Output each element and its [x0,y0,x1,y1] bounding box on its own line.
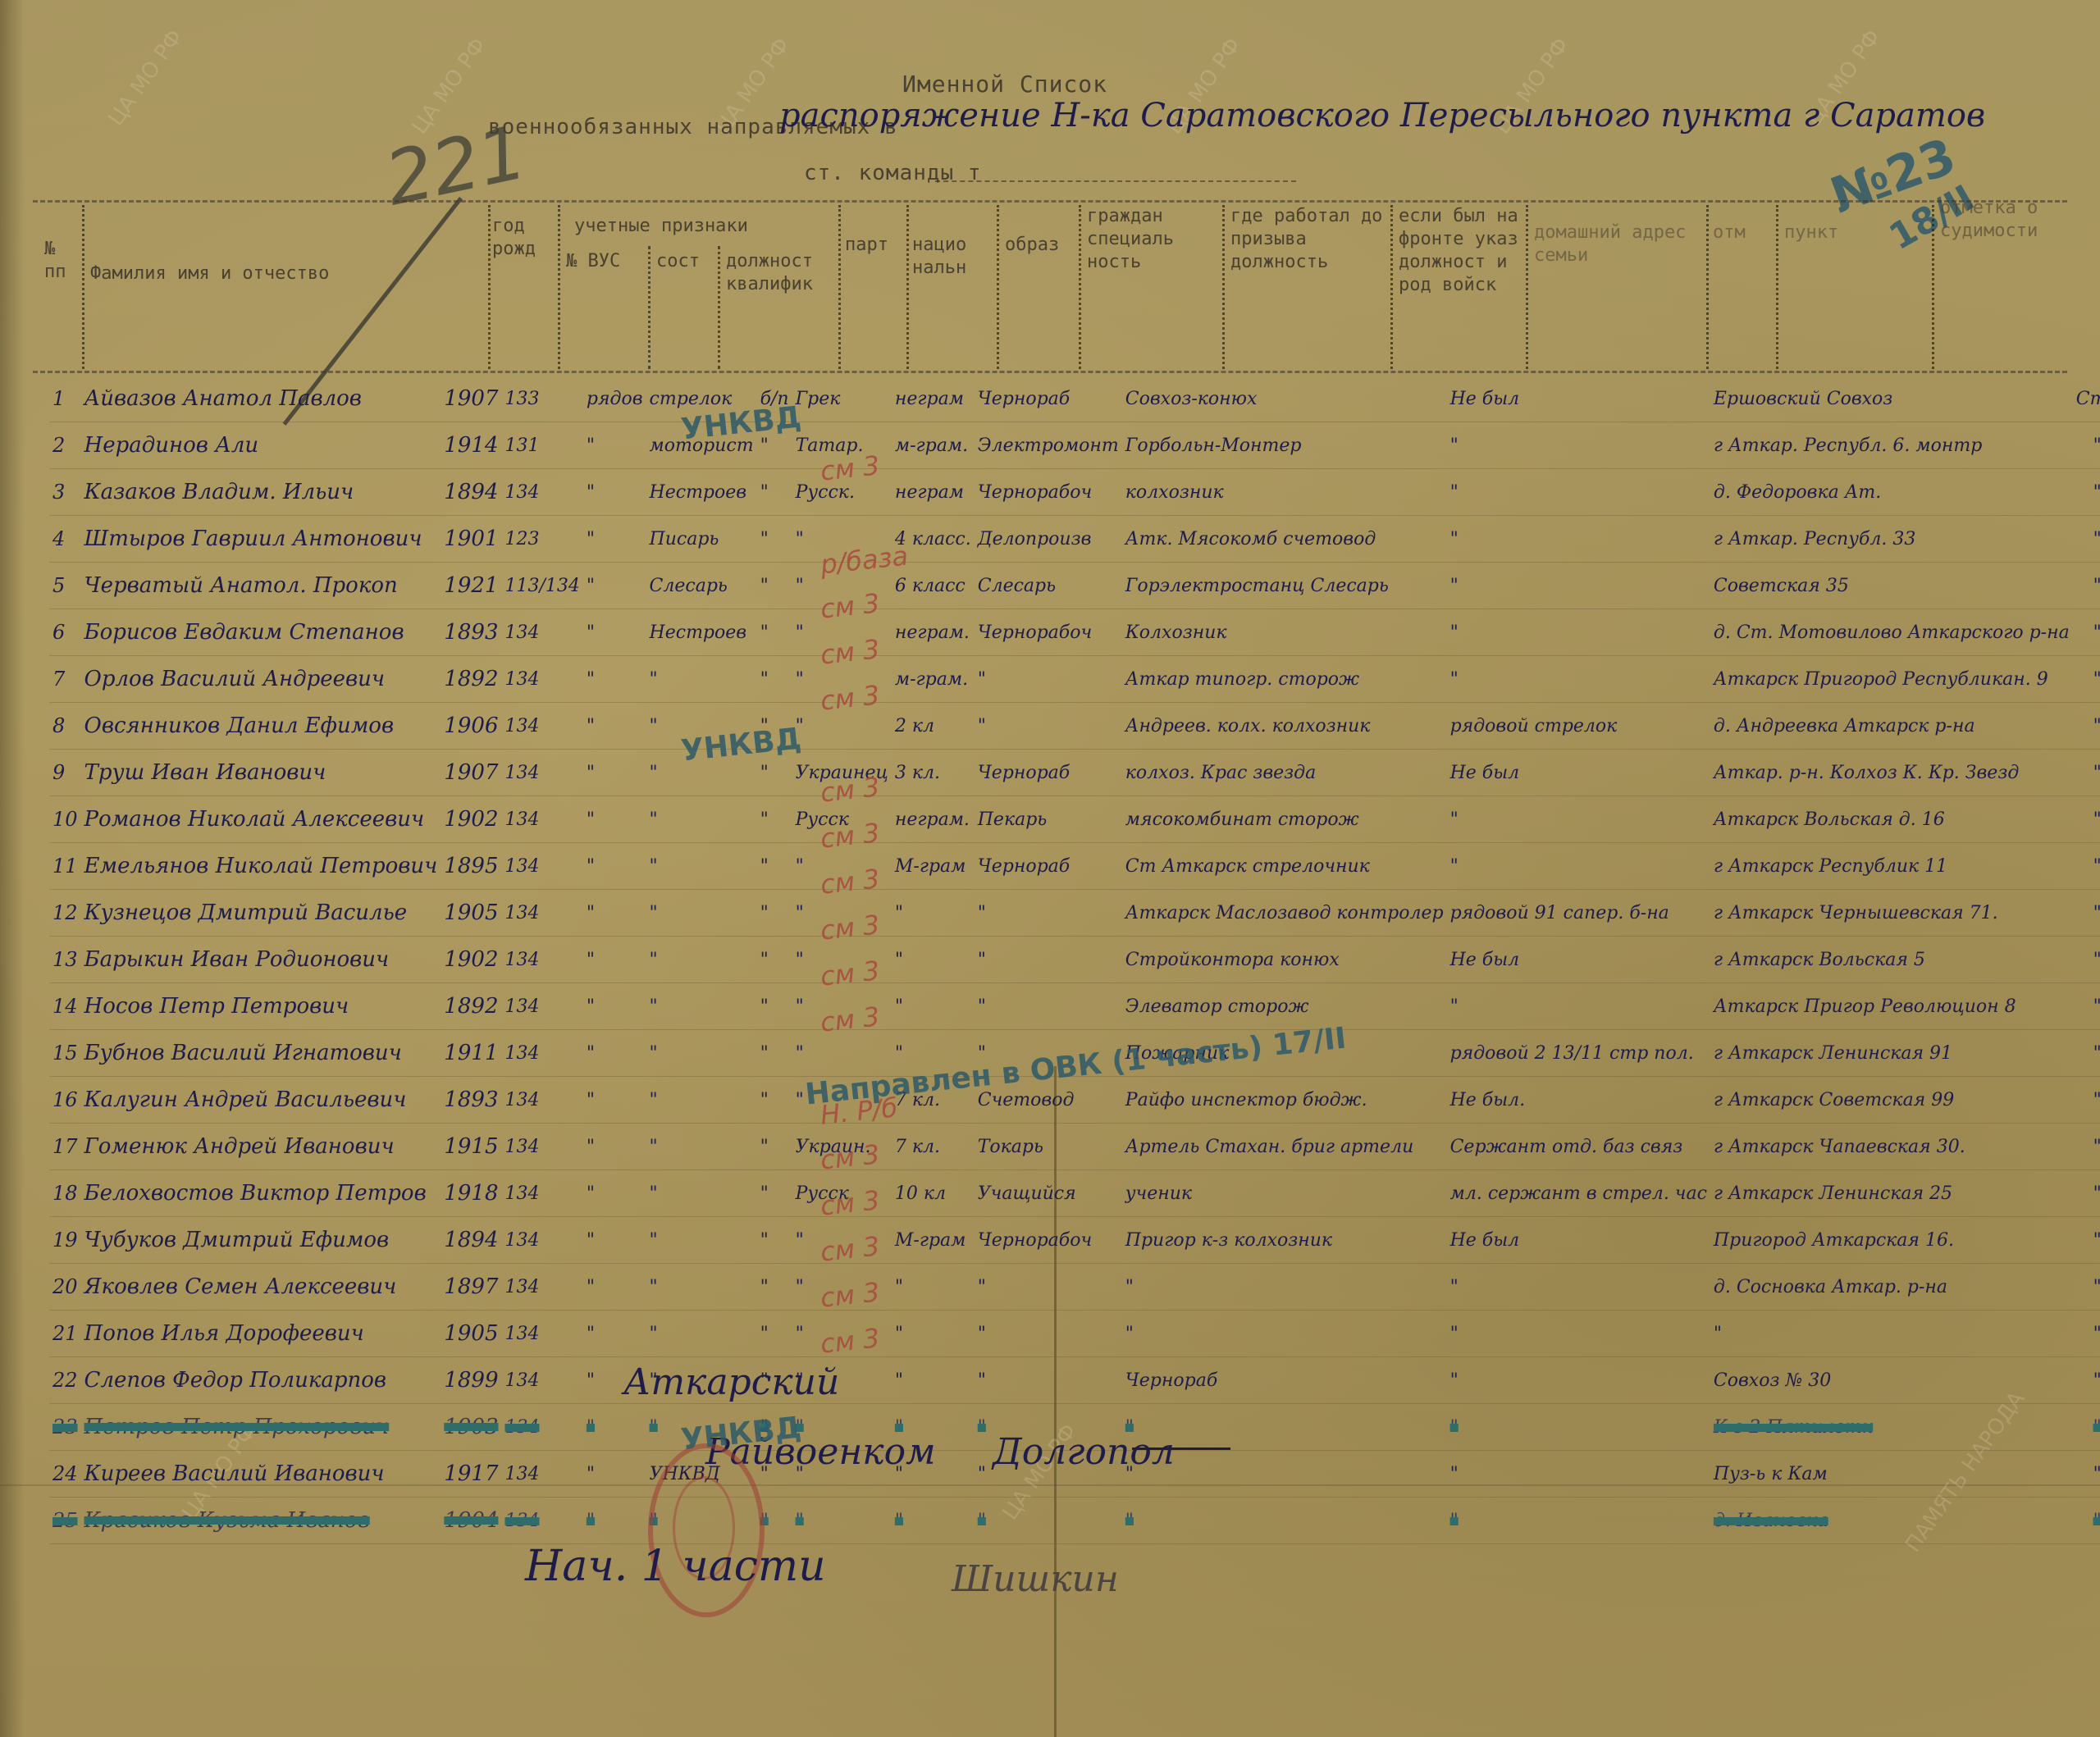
row-position: Нестроев [646,469,757,516]
row-front: " [1447,796,1710,843]
row-education: неграм. [892,609,975,656]
table-row: 13Барыкин Иван Родионович1902134""""""Ст… [49,937,2100,983]
header-vus: № ВУС [566,250,620,273]
row-address: г Аткар. Республ. 33 [1710,516,2073,563]
row-work: Пригор к-з колхозник [1122,1217,1447,1264]
row-vus: 133 [501,376,582,422]
row-work: Горбольн-Монтер [1122,422,1447,469]
row-specialty: " [975,703,1122,750]
row-name: Носов Петр Петрович [81,983,441,1030]
row-sost: " [583,937,646,983]
header-col-divider [558,205,560,369]
header-col-divider [1932,205,1934,369]
row-birth-year: 1905 [441,890,501,937]
row-vus: 134 [501,1170,582,1217]
row-number: 12 [49,890,81,937]
row-work: Ст Аткарск стрелочник [1122,843,1447,890]
row-number: 21 [49,1311,81,1357]
conscript-list-table: 1Айвазов Анатол Павлов1907133рядовстрело… [49,376,2100,1544]
table-row: 10Романов Николай Алексеевич1902134"""Ру… [49,796,2100,843]
row-birth-year: 1921 [441,563,501,609]
row-work: колхозник [1122,469,1447,516]
row-specialty: " [975,656,1122,703]
header-rule-bottom [33,371,2067,373]
row-birth-year: 1897 [441,1264,501,1311]
row-birth-year: 1893 [441,1077,501,1124]
row-education: " [892,1498,975,1544]
row-sost: " [583,1311,646,1357]
header-col-divider [1706,205,1709,369]
header-party: парт [845,234,888,257]
row-number: 20 [49,1264,81,1311]
row-name: Попов Илья Дорофеевич [81,1311,441,1357]
row-dup: " [2073,1077,2100,1124]
row-vus: 134 [501,843,582,890]
row-party: " [757,983,792,1030]
row-front: " [1447,1404,1710,1451]
row-birth-year: 1901 [441,516,501,563]
row-front: Не был [1447,750,1710,796]
row-name: Штыров Гавриил Антонович [81,516,441,563]
chief-title: Нач. 1 части [525,1542,826,1591]
row-dup: " [2073,1217,2100,1264]
row-work: " [1122,1498,1447,1544]
office-name: Аткарский [623,1361,839,1403]
row-education: " [892,1264,975,1311]
row-front: " [1447,609,1710,656]
row-birth-year: 1895 [441,843,501,890]
table-row: 20Яковлев Семен Алексеевич1897134"""""""… [49,1264,2100,1311]
row-position: " [646,796,757,843]
row-name: Киреев Василий Иванович [81,1451,441,1498]
row-number: 19 [49,1217,81,1264]
table-row: 18Белохвостов Виктор Петров1918134"""Рус… [49,1170,2100,1217]
row-dup: " [2073,983,2100,1030]
table-row: 9Труш Иван Иванович1907134"""Украинец3 к… [49,750,2100,796]
row-vus: 123 [501,516,582,563]
table-row: 2Нерадинов Али1914131"моторист"Татар.м-г… [49,422,2100,469]
header-court: отметка о судимости [1940,197,2063,243]
row-name: Яковлев Семен Алексеевич [81,1264,441,1311]
row-front: мл. сержант в стрел. час [1447,1170,1710,1217]
row-address: д. Федоровка Ат. [1710,469,2073,516]
row-work: колхоз. Крас звезда [1122,750,1447,796]
header-col-divider [997,205,999,369]
row-vus: 113/134 [501,563,582,609]
row-name: Бубнов Василий Игнатович [81,1030,441,1077]
row-birth-year: 1915 [441,1124,501,1170]
row-dup: " [2073,656,2100,703]
row-work: Колхозник [1122,609,1447,656]
row-address: Пригород Аткарская 16. [1710,1217,2073,1264]
row-dup: Стр [2073,376,2100,422]
header-nationality: нацио нальн [912,234,994,280]
row-address: " [1710,1311,2073,1357]
row-number: 3 [49,469,81,516]
row-address: г Аткарск Республик 11 [1710,843,2073,890]
row-party: " [757,796,792,843]
header-education: образ [1005,234,1059,257]
row-name: Чубуков Дмитрий Ефимов [81,1217,441,1264]
row-name: Казаков Владим. Ильич [81,469,441,516]
row-dup: " [2073,422,2100,469]
red-pencil-annotation: см 3 [819,1184,881,1221]
row-name: Борисов Евдаким Степанов [81,609,441,656]
row-front: " [1447,656,1710,703]
row-specialty: Учащийся [975,1170,1122,1217]
header-rule-top [33,200,2067,203]
row-work: Чернораб [1122,1357,1447,1404]
row-name: Кузнецов Дмитрий Василье [81,890,441,937]
row-sost: " [583,1124,646,1170]
row-name: Барыкин Иван Родионович [81,937,441,983]
row-work: Андреев. колх. колхозник [1122,703,1447,750]
row-sost: " [583,563,646,609]
row-vus: 134 [501,937,582,983]
row-front: Не был [1447,376,1710,422]
row-education: неграм [892,376,975,422]
row-work: Артель Стахан. бриг артели [1122,1124,1447,1170]
row-number: 15 [49,1030,81,1077]
row-position: " [646,656,757,703]
row-dup: " [2073,1264,2100,1311]
row-number: 14 [49,983,81,1030]
row-address: г Аткарск Ленинская 91 [1710,1030,2073,1077]
row-sost: " [583,1498,646,1544]
row-sost: " [583,1451,646,1498]
row-party: " [757,469,792,516]
row-work: Элеватор сторож [1122,983,1447,1030]
row-sost: " [583,1170,646,1217]
row-dup: " [2073,1451,2100,1498]
header-sost: сост [656,250,700,273]
row-party: " [757,1217,792,1264]
row-front: рядовой стрелок [1447,703,1710,750]
row-vus: 134 [501,1124,582,1170]
signatory-signature: Долгопол [993,1431,1175,1473]
red-pencil-annotation: см 3 [819,817,881,854]
red-pencil-annotation: см 3 [819,955,881,992]
row-sost: " [583,1030,646,1077]
table-row: 8Овсянников Данил Ефимов1906134""""2 кл"… [49,703,2100,750]
row-position: " [646,843,757,890]
row-sost: " [583,609,646,656]
header-col-divider [1079,205,1081,369]
row-number: 11 [49,843,81,890]
row-position: " [646,1311,757,1357]
row-birth-year: 1905 [441,1311,501,1357]
row-vus: 134 [501,1498,582,1544]
row-party: " [757,937,792,983]
row-sost: " [583,1217,646,1264]
row-address: К-з 2 Пятилетк [1710,1404,2073,1451]
watermark: ЦА МО РФ [104,25,188,130]
table-row: 11Емельянов Николай Петрович1895134""""М… [49,843,2100,890]
row-education: " [892,1311,975,1357]
row-birth-year: 1894 [441,1217,501,1264]
row-name: Труш Иван Иванович [81,750,441,796]
red-pencil-annotation: см 3 [819,1276,881,1313]
table-row: 12Кузнецов Дмитрий Василье1905134""""""А… [49,890,2100,937]
row-front: Не был [1447,937,1710,983]
row-birth-year: 1907 [441,376,501,422]
row-front: " [1447,983,1710,1030]
row-party: " [757,1124,792,1170]
row-work: Атк. Мясокомб счетовод [1122,516,1447,563]
row-sost: " [583,656,646,703]
row-position: " [646,890,757,937]
row-vus: 134 [501,469,582,516]
header-col-divider [648,246,651,369]
row-vus: 134 [501,1404,582,1451]
row-position: " [646,1264,757,1311]
team-line-blank [935,180,1296,182]
row-birth-year: 1899 [441,1357,501,1404]
row-front: рядовой 91 сапер. б-на [1447,890,1710,937]
row-party: " [757,843,792,890]
row-dup: " [2073,843,2100,890]
row-education: М-грам [892,843,975,890]
row-number: 16 [49,1077,81,1124]
row-sost: " [583,703,646,750]
red-pencil-annotation: см 3 [819,863,881,900]
row-front: Не был [1447,1217,1710,1264]
row-vus: 134 [501,890,582,937]
row-dup: " [2073,1357,2100,1404]
row-dup: " [2073,937,2100,983]
row-specialty: Чернорабоч [975,469,1122,516]
row-name: Черватый Анатол. Прокоп [81,563,441,609]
row-work: Совхоз-конюх [1122,376,1447,422]
row-specialty: " [975,1357,1122,1404]
row-front: " [1447,563,1710,609]
row-party: " [757,563,792,609]
row-dup: " [2073,1498,2100,1544]
header-col-divider [1390,205,1393,369]
row-dup: " [2073,750,2100,796]
row-number: 2 [49,422,81,469]
row-address: г Аткарск Чернышевская 71. [1710,890,2073,937]
row-dup: " [2073,563,2100,609]
row-number: 8 [49,703,81,750]
row-name: Слепов Федор Поликарпов [81,1357,441,1404]
row-number: 7 [49,656,81,703]
row-party: " [757,1311,792,1357]
row-party: " [757,1170,792,1217]
row-vus: 134 [501,656,582,703]
table-row: 21Попов Илья Дорофеевич1905134""""""""""… [49,1311,2100,1357]
row-specialty: Чернорабоч [975,609,1122,656]
row-party: " [757,656,792,703]
row-vus: 134 [501,1264,582,1311]
row-birth-year: 1911 [441,1030,501,1077]
row-sost: рядов [583,376,646,422]
row-nationality: " [792,1498,892,1544]
row-education: " [892,937,975,983]
red-pencil-annotation: см 3 [819,909,881,946]
row-education: 7 кл. [892,1124,975,1170]
signature-flourish [1132,1447,1230,1450]
table-row: 14Носов Петр Петрович1892134""""""Элеват… [49,983,2100,1030]
row-number: 9 [49,750,81,796]
row-vus: 131 [501,422,582,469]
row-name: Емельянов Николай Петрович [81,843,441,890]
row-birth-year: 1894 [441,469,501,516]
row-work: ученик [1122,1170,1447,1217]
row-specialty: Чернораб [975,750,1122,796]
header-no: № пп [44,238,77,284]
row-address: г Аткарск Чапаевская 30. [1710,1124,2073,1170]
row-sost: " [583,1077,646,1124]
row-position: " [646,983,757,1030]
row-vus: 134 [501,1077,582,1124]
red-pencil-annotation: см 3 [819,1230,881,1267]
row-name: Красиков Кузьма Иванов [81,1498,441,1544]
row-dup: " [2073,796,2100,843]
row-birth-year: 1903 [441,1404,501,1451]
red-pencil-annotation: см 3 [819,1322,881,1359]
row-number: 13 [49,937,81,983]
row-sost: " [583,422,646,469]
red-pencil-annotation: см 3 [819,587,881,624]
row-dup: " [2073,703,2100,750]
header-front: если был на фронте указ должност и род в… [1399,205,1522,297]
row-position: Писарь [646,516,757,563]
row-vus: 134 [501,796,582,843]
row-specialty: Чернорабоч [975,1217,1122,1264]
row-birth-year: 1918 [441,1170,501,1217]
row-front: рядовой 2 13/11 стр пол. [1447,1030,1710,1077]
paper-edge [0,0,25,1737]
row-specialty: Токарь [975,1124,1122,1170]
row-position: " [646,1030,757,1077]
row-education: 3 кл. [892,750,975,796]
row-specialty: Чернораб [975,843,1122,890]
row-position: " [646,1077,757,1124]
row-dup: " [2073,516,2100,563]
row-vus: 134 [501,1030,582,1077]
row-birth-year: 1893 [441,609,501,656]
row-dup: " [2073,609,2100,656]
row-dup: " [2073,1170,2100,1217]
row-number: 22 [49,1357,81,1404]
row-sost: " [583,983,646,1030]
row-position: Нестроев [646,609,757,656]
row-work: " [1122,1264,1447,1311]
header-year: год рожд [492,215,554,261]
row-name: Гоменюк Андрей Иванович [81,1124,441,1170]
header-col-divider [1526,205,1528,369]
row-address: Аткарск Пригород Республикан. 9 [1710,656,2073,703]
row-education: " [892,1357,975,1404]
row-name: Нерадинов Али [81,422,441,469]
row-number: 6 [49,609,81,656]
row-front: Сержант отд. баз связ [1447,1124,1710,1170]
row-name: Петров Петр Прохорович [81,1404,441,1451]
row-front: " [1447,1498,1710,1544]
header-work-before: где работал до призыва должность [1230,205,1386,274]
row-birth-year: 1902 [441,796,501,843]
table-row: 7Орлов Василий Андреевич1892134""""м-гра… [49,656,2100,703]
row-work: Стройконтора конюх [1122,937,1447,983]
row-party: " [757,1030,792,1077]
red-pencil-annotation: см 3 [819,449,881,486]
row-address: д. Андреевка Аткарск р-на [1710,703,2073,750]
row-address: Совхоз № 30 [1710,1357,2073,1404]
table-row: 3Казаков Владим. Ильич1894134"Нестроев"Р… [49,469,2100,516]
header-col-divider [906,205,909,369]
header-col-divider [838,205,841,369]
row-work: мясокомбинат сторож [1122,796,1447,843]
table-row: 25Красиков Кузьма Иванов1904134""""""""д… [49,1498,2100,1544]
row-number: 10 [49,796,81,843]
row-work: Горэлектростанц Слесарь [1122,563,1447,609]
row-nationality: " [792,1030,892,1077]
header-col-divider [718,246,720,369]
red-pencil-annotation: см 3 [819,633,881,670]
table-row: 4Штыров Гавриил Антонович1901123"Писарь"… [49,516,2100,563]
row-education: неграм. [892,796,975,843]
row-work: Аткарск Маслозавод контролер [1122,890,1447,937]
row-address: г Аткар. Республ. 6. монтр [1710,422,2073,469]
row-work: Райфо инспектор бюдж. [1122,1077,1447,1124]
row-party: " [757,609,792,656]
row-education: " [892,890,975,937]
row-specialty: " [975,983,1122,1030]
header-civil-specialty: граждан специаль ность [1087,205,1218,274]
row-vus: 134 [501,750,582,796]
row-name: Овсянников Данил Ефимов [81,703,441,750]
row-address: д. Ивановка [1710,1498,2073,1544]
row-vus: 134 [501,1451,582,1498]
row-nationality: Грек [792,376,892,422]
row-position: Слесарь [646,563,757,609]
row-birth-year: 1906 [441,703,501,750]
row-dup: " [2073,1124,2100,1170]
row-name: Белохвостов Виктор Петров [81,1170,441,1217]
row-work: Аткар типогр. сторож [1122,656,1447,703]
row-party: " [757,1264,792,1311]
row-name: Романов Николай Алексеевич [81,796,441,843]
table-row: 19Чубуков Дмитрий Ефимов1894134""""М-гра… [49,1217,2100,1264]
row-education: 2 кл [892,703,975,750]
row-front: " [1447,1264,1710,1311]
row-number: 25 [49,1498,81,1544]
subtitle-handwritten: распоряжение Н-ка Саратовского Пересыльн… [779,97,1985,134]
row-education: 10 кл [892,1170,975,1217]
row-party: " [757,890,792,937]
row-sost: " [583,796,646,843]
row-sost: " [583,750,646,796]
row-number: 18 [49,1170,81,1217]
row-dup: " [2073,469,2100,516]
row-specialty: Электромонт [975,422,1122,469]
row-front: " [1447,516,1710,563]
row-birth-year: 1902 [441,937,501,983]
table-row: 5Черватый Анатол. Прокоп1921113/134"Слес… [49,563,2100,609]
header-name: Фамилия имя и отчество [90,262,329,285]
row-specialty: Чернораб [975,376,1122,422]
row-specialty: " [975,1264,1122,1311]
header-position: должност квалифик [726,250,837,296]
row-education: М-грам [892,1217,975,1264]
row-name: Айвазов Анатол Павлов [81,376,441,422]
row-front: " [1447,1311,1710,1357]
row-birth-year: 1907 [441,750,501,796]
row-vus: 134 [501,1217,582,1264]
row-dup: " [2073,1030,2100,1077]
header-dup-2: пункт [1784,221,1838,244]
